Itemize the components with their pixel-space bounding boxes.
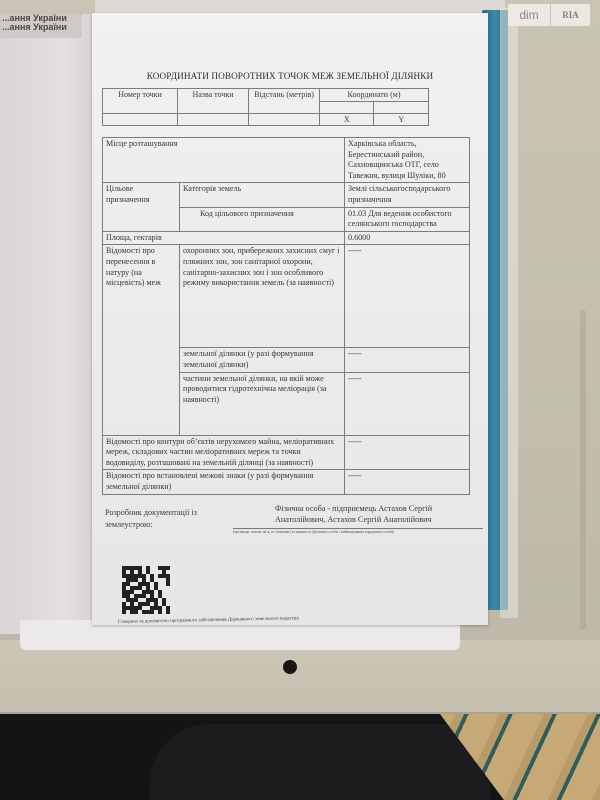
area-label: Площа, гектарів (103, 231, 345, 245)
cell-point-name (178, 114, 249, 126)
watermark-dim: dim (508, 4, 551, 26)
header-y: Y (374, 114, 429, 126)
document-title: КООРДИНАТИ ПОВОРОТНИХ ТОЧОК МЕЖ ЗЕМЕЛЬНО… (92, 71, 488, 81)
watermark-ria: RIA (551, 4, 590, 26)
transfer-label: Відомості про перенесення в натуру (на м… (103, 245, 180, 435)
land-extract-page: КООРДИНАТИ ПОВОРОТНИХ ТОЧОК МЕЖ ЗЕМЕЛЬНО… (92, 13, 488, 625)
location-value: Харківська область, Берестинський район,… (345, 138, 470, 183)
cell-point-number (103, 114, 178, 126)
markers-label: Відомості про встановлені межові знаки (… (103, 470, 345, 494)
table-edge (0, 640, 600, 714)
developer-value: Фізична особа - підприємець Астахов Серг… (275, 503, 475, 525)
land-category-label: Категорія земель (180, 183, 345, 207)
transfer-zones-value: ----- (345, 245, 470, 348)
header-x: X (320, 114, 374, 126)
qr-code-icon (122, 566, 170, 614)
transfer-parcel-value: ----- (345, 348, 470, 372)
header-point-number: Номер точки (103, 89, 178, 114)
location-label: Місце розташування (103, 138, 345, 183)
dimria-watermark: dim RIA (508, 4, 590, 26)
purpose-code-label: Код цільового призначення (180, 207, 345, 231)
developer-label: Розробник документації із землеустрою: (105, 507, 235, 531)
cell-distance (249, 114, 320, 126)
table-stain (580, 310, 586, 630)
area-value: 0.6000 (345, 231, 470, 245)
header-coordinates: Координати (м) (320, 89, 429, 102)
land-category-value: Землі сільськогосподарського призначення (345, 183, 470, 207)
purpose-label: Цільове призначення (103, 183, 180, 231)
plastic-sleeve (500, 8, 518, 618)
developer-note: (прізвище, власне ім’я, по батькові (за … (233, 528, 483, 534)
contours-label: Відомості про контури об’єктів нерухомог… (103, 435, 345, 470)
background-sheet-header: ...ання України ...ання України (0, 14, 82, 38)
coordinates-table: Номер точки Назва точки Відстань (метрів… (102, 88, 429, 126)
header-distance: Відстань (метрів) (249, 89, 320, 114)
land-info-table: Місце розташування Харківська область, Б… (102, 137, 470, 495)
transfer-melioration-value: ----- (345, 372, 470, 435)
transfer-zones-label: охоронних зон, прибережних захисних смуг… (180, 245, 345, 348)
contours-value: ----- (345, 435, 470, 470)
table-hole (283, 660, 297, 674)
purpose-code-value: 01.03 Для ведення особистого селянського… (345, 207, 470, 231)
markers-value: ----- (345, 470, 470, 494)
transfer-parcel-label: земельної ділянки (у разі формування зем… (180, 348, 345, 372)
header-x-spacer (320, 102, 374, 114)
header-point-name: Назва точки (178, 89, 249, 114)
footer-note: Створено за допомогою програмного забезп… (118, 616, 300, 625)
header-y-spacer (374, 102, 429, 114)
transfer-melioration-label: частини земельної ділянки, на якій може … (180, 372, 345, 435)
